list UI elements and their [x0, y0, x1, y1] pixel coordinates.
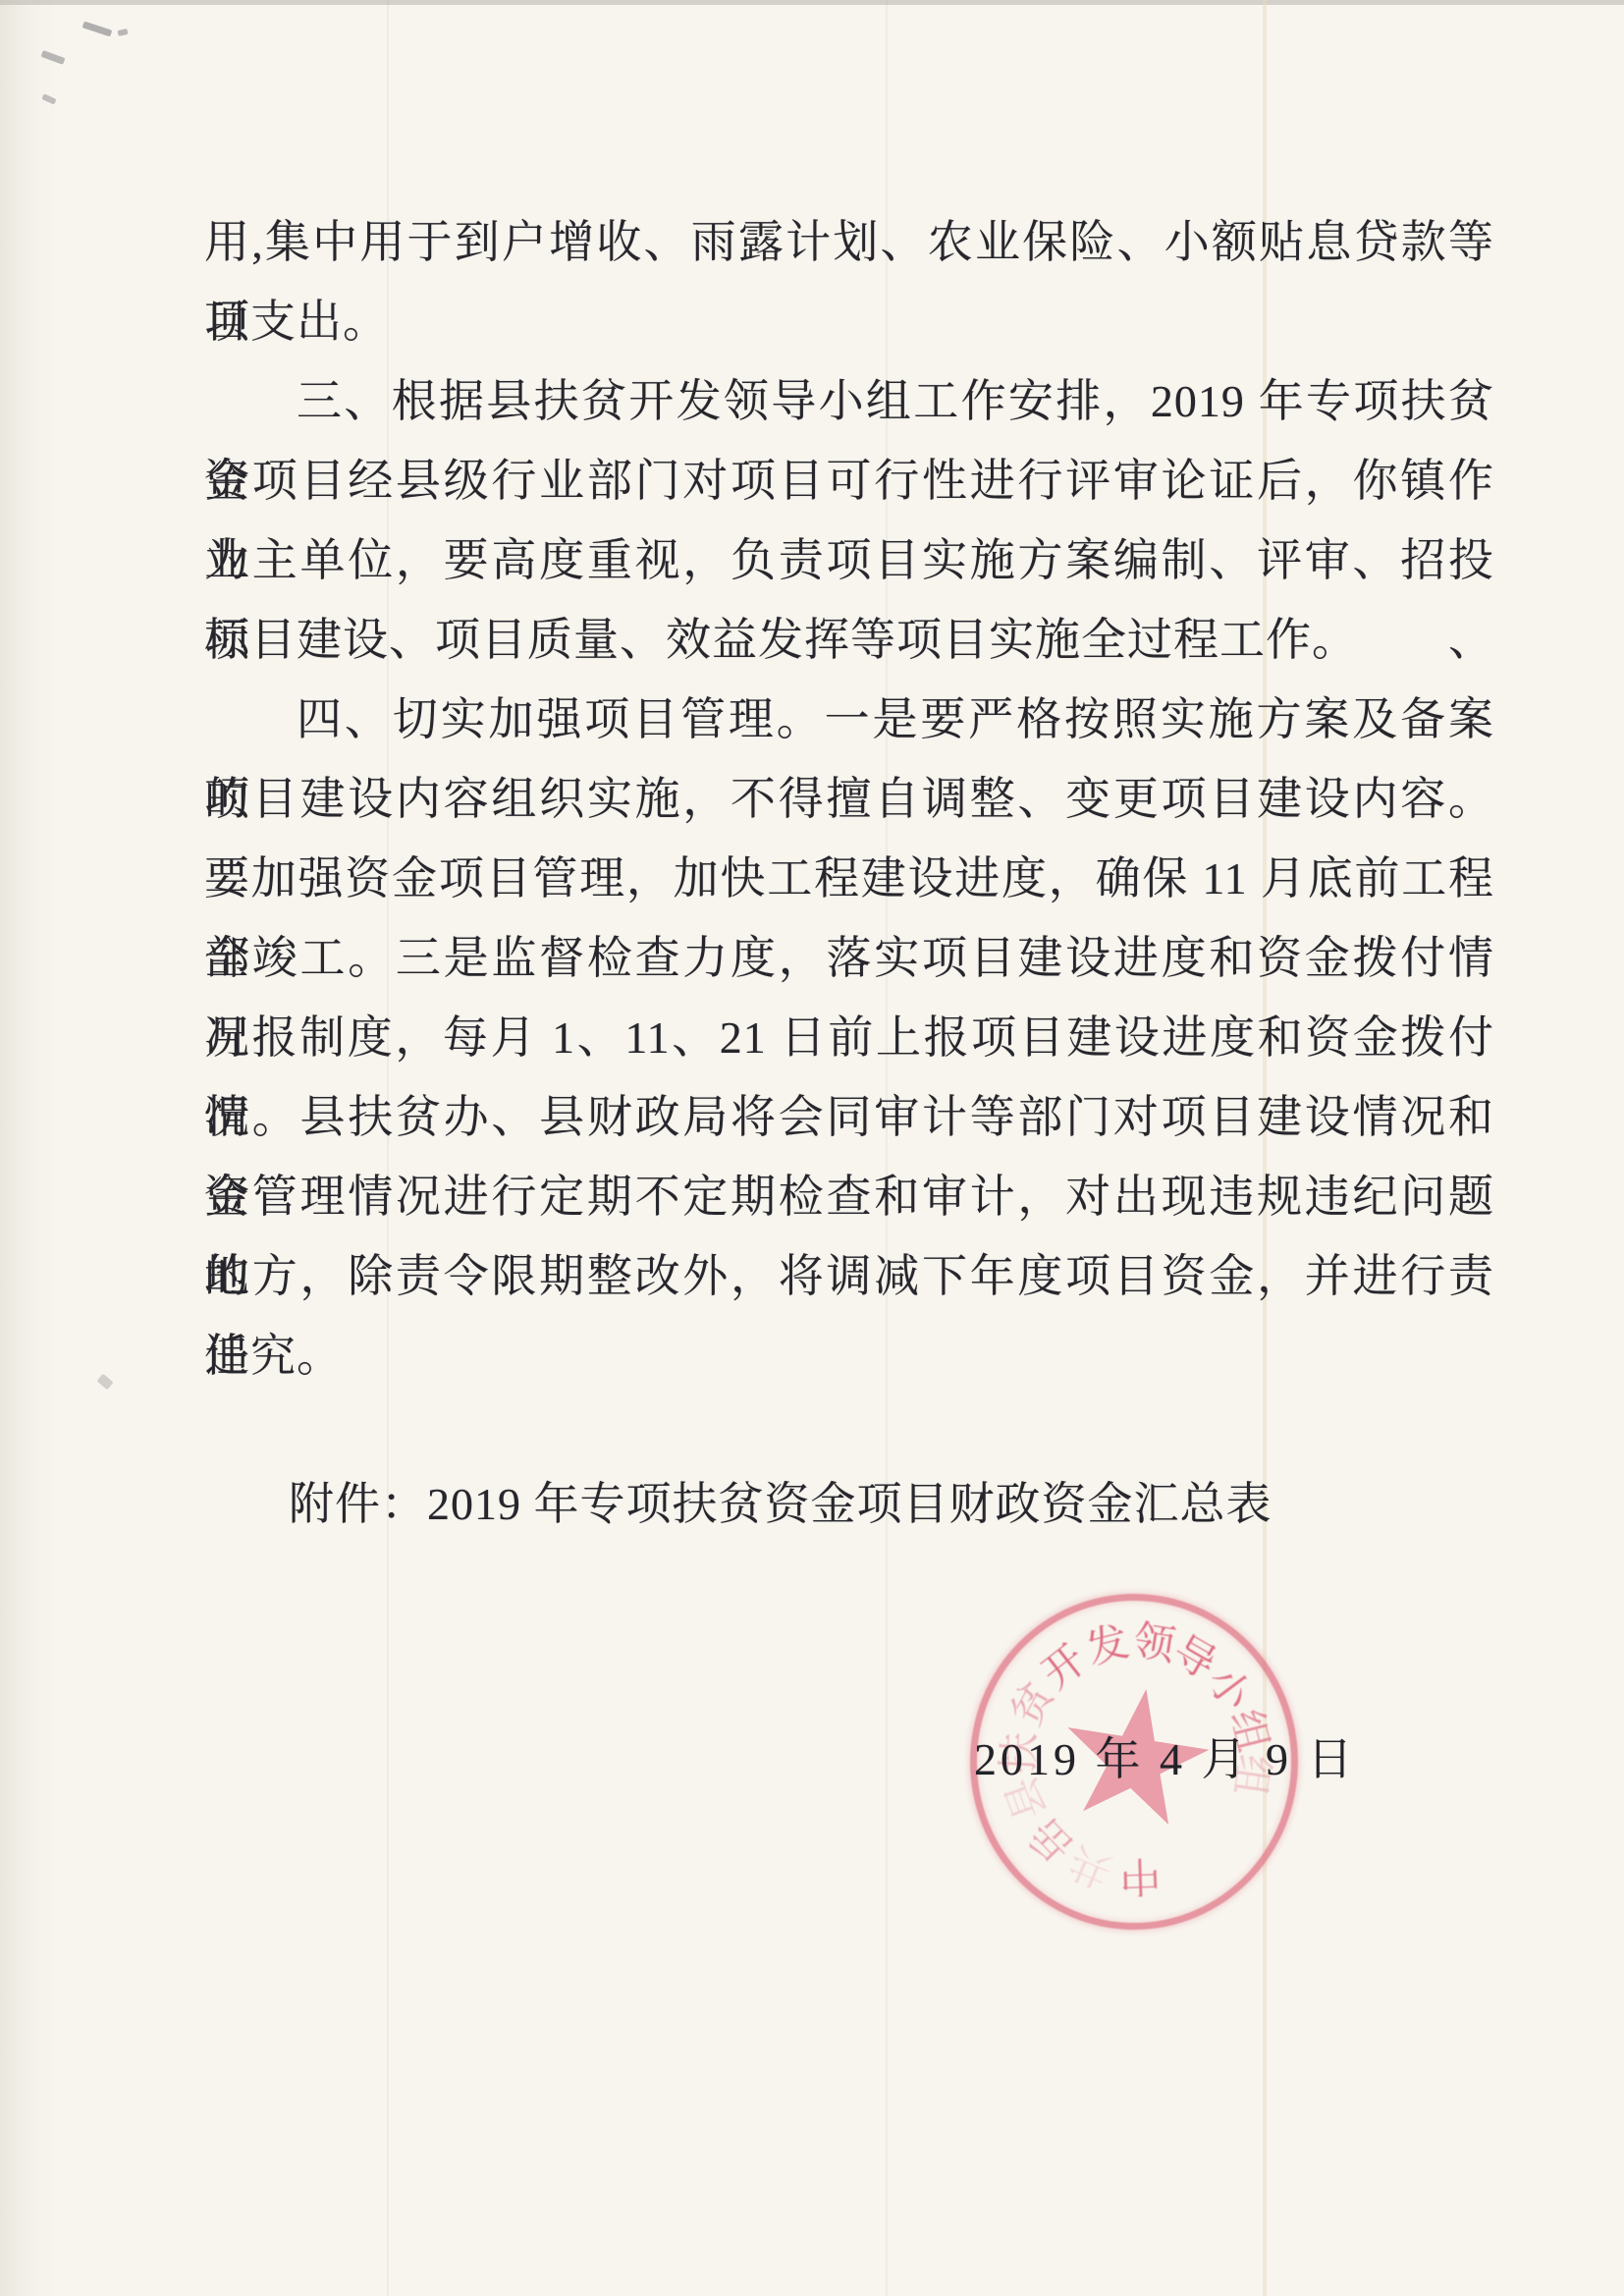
body-line: 用,集中用于到户增收、雨露计划、农业保险、小额贴息贷款等项	[204, 202, 1494, 282]
attachment-line: 附件：2019 年专项扶贫资金项目财政资金汇总表	[204, 1475, 1494, 1534]
seal-ring-char: 中	[1117, 1852, 1163, 1897]
body-line: 金项目经县级行业部门对项目可行性进行评审论证后，你镇作为	[204, 441, 1494, 520]
scanned-document-page: 用,集中用于到户增收、雨露计划、农业保险、小额贴息贷款等项 目支出。 三、根据县…	[0, 0, 1624, 2296]
body-line: 项目建设内容组织实施，不得擅自调整、变更项目建设内容。二	[204, 759, 1494, 839]
body-line: 目支出。	[204, 282, 1494, 361]
body-line: 项目建设、项目质量、效益发挥等项目实施全过程工作。	[204, 600, 1494, 680]
document-body: 用,集中用于到户增收、雨露计划、农业保险、小额贴息贷款等项 目支出。 三、根据县…	[204, 202, 1494, 1395]
scan-top-edge-shadow	[0, 0, 1624, 5]
body-line: 三、根据县扶贫开发领导小组工作安排，2019 年专项扶贫资	[204, 361, 1494, 441]
body-line: 金管理情况进行定期不定期检查和审计，对出现违规违纪问题的	[204, 1157, 1494, 1236]
scan-speck	[117, 28, 128, 36]
body-line: 地方，除责令限期整改外，将调减下年度项目资金，并进行责任	[204, 1236, 1494, 1316]
scan-speck	[82, 22, 113, 37]
scan-speck	[96, 1374, 113, 1391]
date-line: 2019 年 4 月 9 日	[974, 1723, 1357, 1788]
body-line: 月报制度，每月 1、11、21 日前上报项目建设进度和资金拨付情	[204, 998, 1494, 1077]
body-line: 况。县扶贫办、县财政局将会同审计等部门对项目建设情况和资	[204, 1077, 1494, 1157]
body-line: 追究。	[204, 1316, 1494, 1395]
body-line: 四、切实加强项目管理。一是要严格按照实施方案及备案的	[204, 680, 1494, 759]
body-line: 部竣工。三是监督检查力度，落实项目建设进度和资金拨付情况	[204, 918, 1494, 998]
scan-speck	[41, 93, 56, 104]
body-line: 业主单位，要高度重视，负责项目实施方案编制、评审、招投标、	[204, 520, 1494, 600]
body-line: 要加强资金项目管理，加快工程建设进度，确保 11 月底前工程全	[204, 839, 1494, 918]
scan-speck	[41, 50, 66, 65]
